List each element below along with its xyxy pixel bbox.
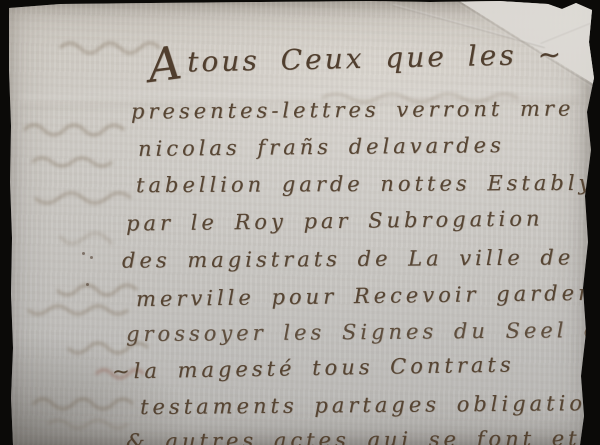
manuscript-line-3: nicolas frañs delavardes bbox=[138, 135, 505, 160]
manuscript-line-6: des magistrats de La ville de bbox=[122, 247, 574, 271]
illuminated-initial: A bbox=[146, 46, 183, 82]
bleed-through-mark bbox=[16, 118, 126, 140]
manuscript-line-11: & autres actes qui se font et bbox=[126, 428, 581, 445]
manuscript-line-9: ~la magesté tous Contrats bbox=[112, 354, 515, 382]
bleed-through-mark bbox=[56, 224, 116, 250]
manuscript-page: Atous Ceux que les ~ presentes-lettres v… bbox=[0, 0, 600, 445]
manuscript-line-1-text: tous Ceux que les ~ bbox=[187, 38, 564, 79]
bleed-through-mark bbox=[30, 412, 130, 434]
manuscript-line-5: par le Roy par Subrogation bbox=[126, 208, 544, 234]
manuscript-line-2: presentes-lettres verront mre bbox=[131, 98, 574, 122]
bleed-through-mark bbox=[28, 186, 133, 210]
photo-backdrop: Atous Ceux que les ~ presentes-lettres v… bbox=[0, 0, 600, 445]
manuscript-line-7: merville pour Recevoir garder bbox=[136, 283, 592, 310]
manuscript-line-8: grossoyer les Signes du Seel de bbox=[126, 320, 600, 345]
manuscript-line-1: Atous Ceux que les ~ bbox=[148, 40, 565, 81]
manuscript-line-10: testaments partages obligations bbox=[140, 393, 600, 418]
bleed-through-mark bbox=[14, 150, 114, 172]
bleed-through-mark bbox=[20, 298, 130, 320]
ink-speck bbox=[82, 252, 85, 255]
ink-speck bbox=[90, 256, 93, 259]
manuscript-line-4: tabellion garde nottes Estably bbox=[136, 173, 594, 196]
bleed-through-mark bbox=[54, 278, 139, 300]
ink-speck bbox=[86, 283, 89, 286]
bleed-through-mark bbox=[20, 392, 135, 414]
